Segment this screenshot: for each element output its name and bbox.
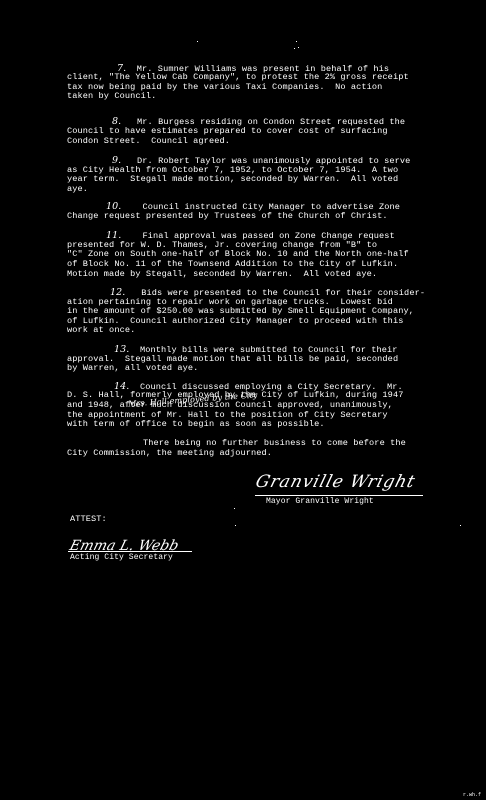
scan-speck [294, 48, 295, 49]
para-12-line-3: in the amount of $250.00 was submitted b… [67, 307, 414, 316]
scan-speck [197, 41, 198, 42]
para-14-line-5: with term of office to begin as soon as … [67, 420, 325, 429]
mayor-signature: Granville Wright [253, 472, 417, 492]
para-9-line-4: aye. [67, 185, 88, 194]
para-8-line-1: 8. Mr. Burgess residing on Condon Street… [112, 117, 405, 126]
para-12-line-5: work at once. [67, 326, 135, 335]
para-8-line-2: Council to have estimates prepared to co… [67, 127, 388, 136]
para-13-line-1: 13. Monthly bills were submitted to Coun… [114, 345, 398, 354]
mayor-title: Mayor Granville Wright [266, 497, 374, 506]
scan-speck [460, 525, 461, 526]
mayor-signature-line [255, 495, 423, 496]
closing-line-1: There being no further business to come … [143, 439, 406, 448]
para-7-line-2: client, "The Yellow Cab Company", to pro… [67, 73, 409, 82]
para-8-line-3: Condon Street. Council agreed. [67, 137, 230, 146]
para-7-line-4: taken by Council. [67, 92, 156, 101]
attest-label: ATTEST: [70, 515, 107, 524]
scan-speck [296, 41, 297, 42]
scan-speck [298, 47, 299, 48]
secretary-signature-line [68, 551, 192, 552]
scan-speck [234, 508, 235, 509]
para-10-line-2: Change request presented by Trustees of … [67, 212, 388, 221]
para-11-line-3: "C" Zone on South one-half of Block No. … [67, 250, 409, 259]
para-11-line-1: 11. Final approval was passed on Zone Ch… [106, 231, 395, 240]
para-10-line-1: 10. Council instructed City Manager to a… [106, 202, 400, 211]
para-14-line-3: and 1948, after much discussion Council … [67, 401, 393, 410]
corner-mark: r.wh.f [463, 792, 481, 798]
para-9-line-1: 9. Dr. Robert Taylor was unanimously app… [112, 156, 410, 165]
para-11-line-5: Motion made by Stegall, seconded by Warr… [67, 270, 377, 279]
para-9-line-3: year term. Stegall made motion, seconded… [67, 175, 398, 184]
para-13-line-3: by Warren, all voted aye. [67, 364, 198, 373]
closing-line-2: City Commission, the meeting adjourned. [67, 449, 272, 458]
para-11-line-4: of Block No. 11 of the Townsend Addition… [67, 260, 398, 269]
secretary-title: Acting City Secretary [70, 553, 173, 562]
para-12-line-1: 12. Bids were presented to the Council f… [110, 288, 425, 297]
scan-speck [235, 525, 236, 526]
